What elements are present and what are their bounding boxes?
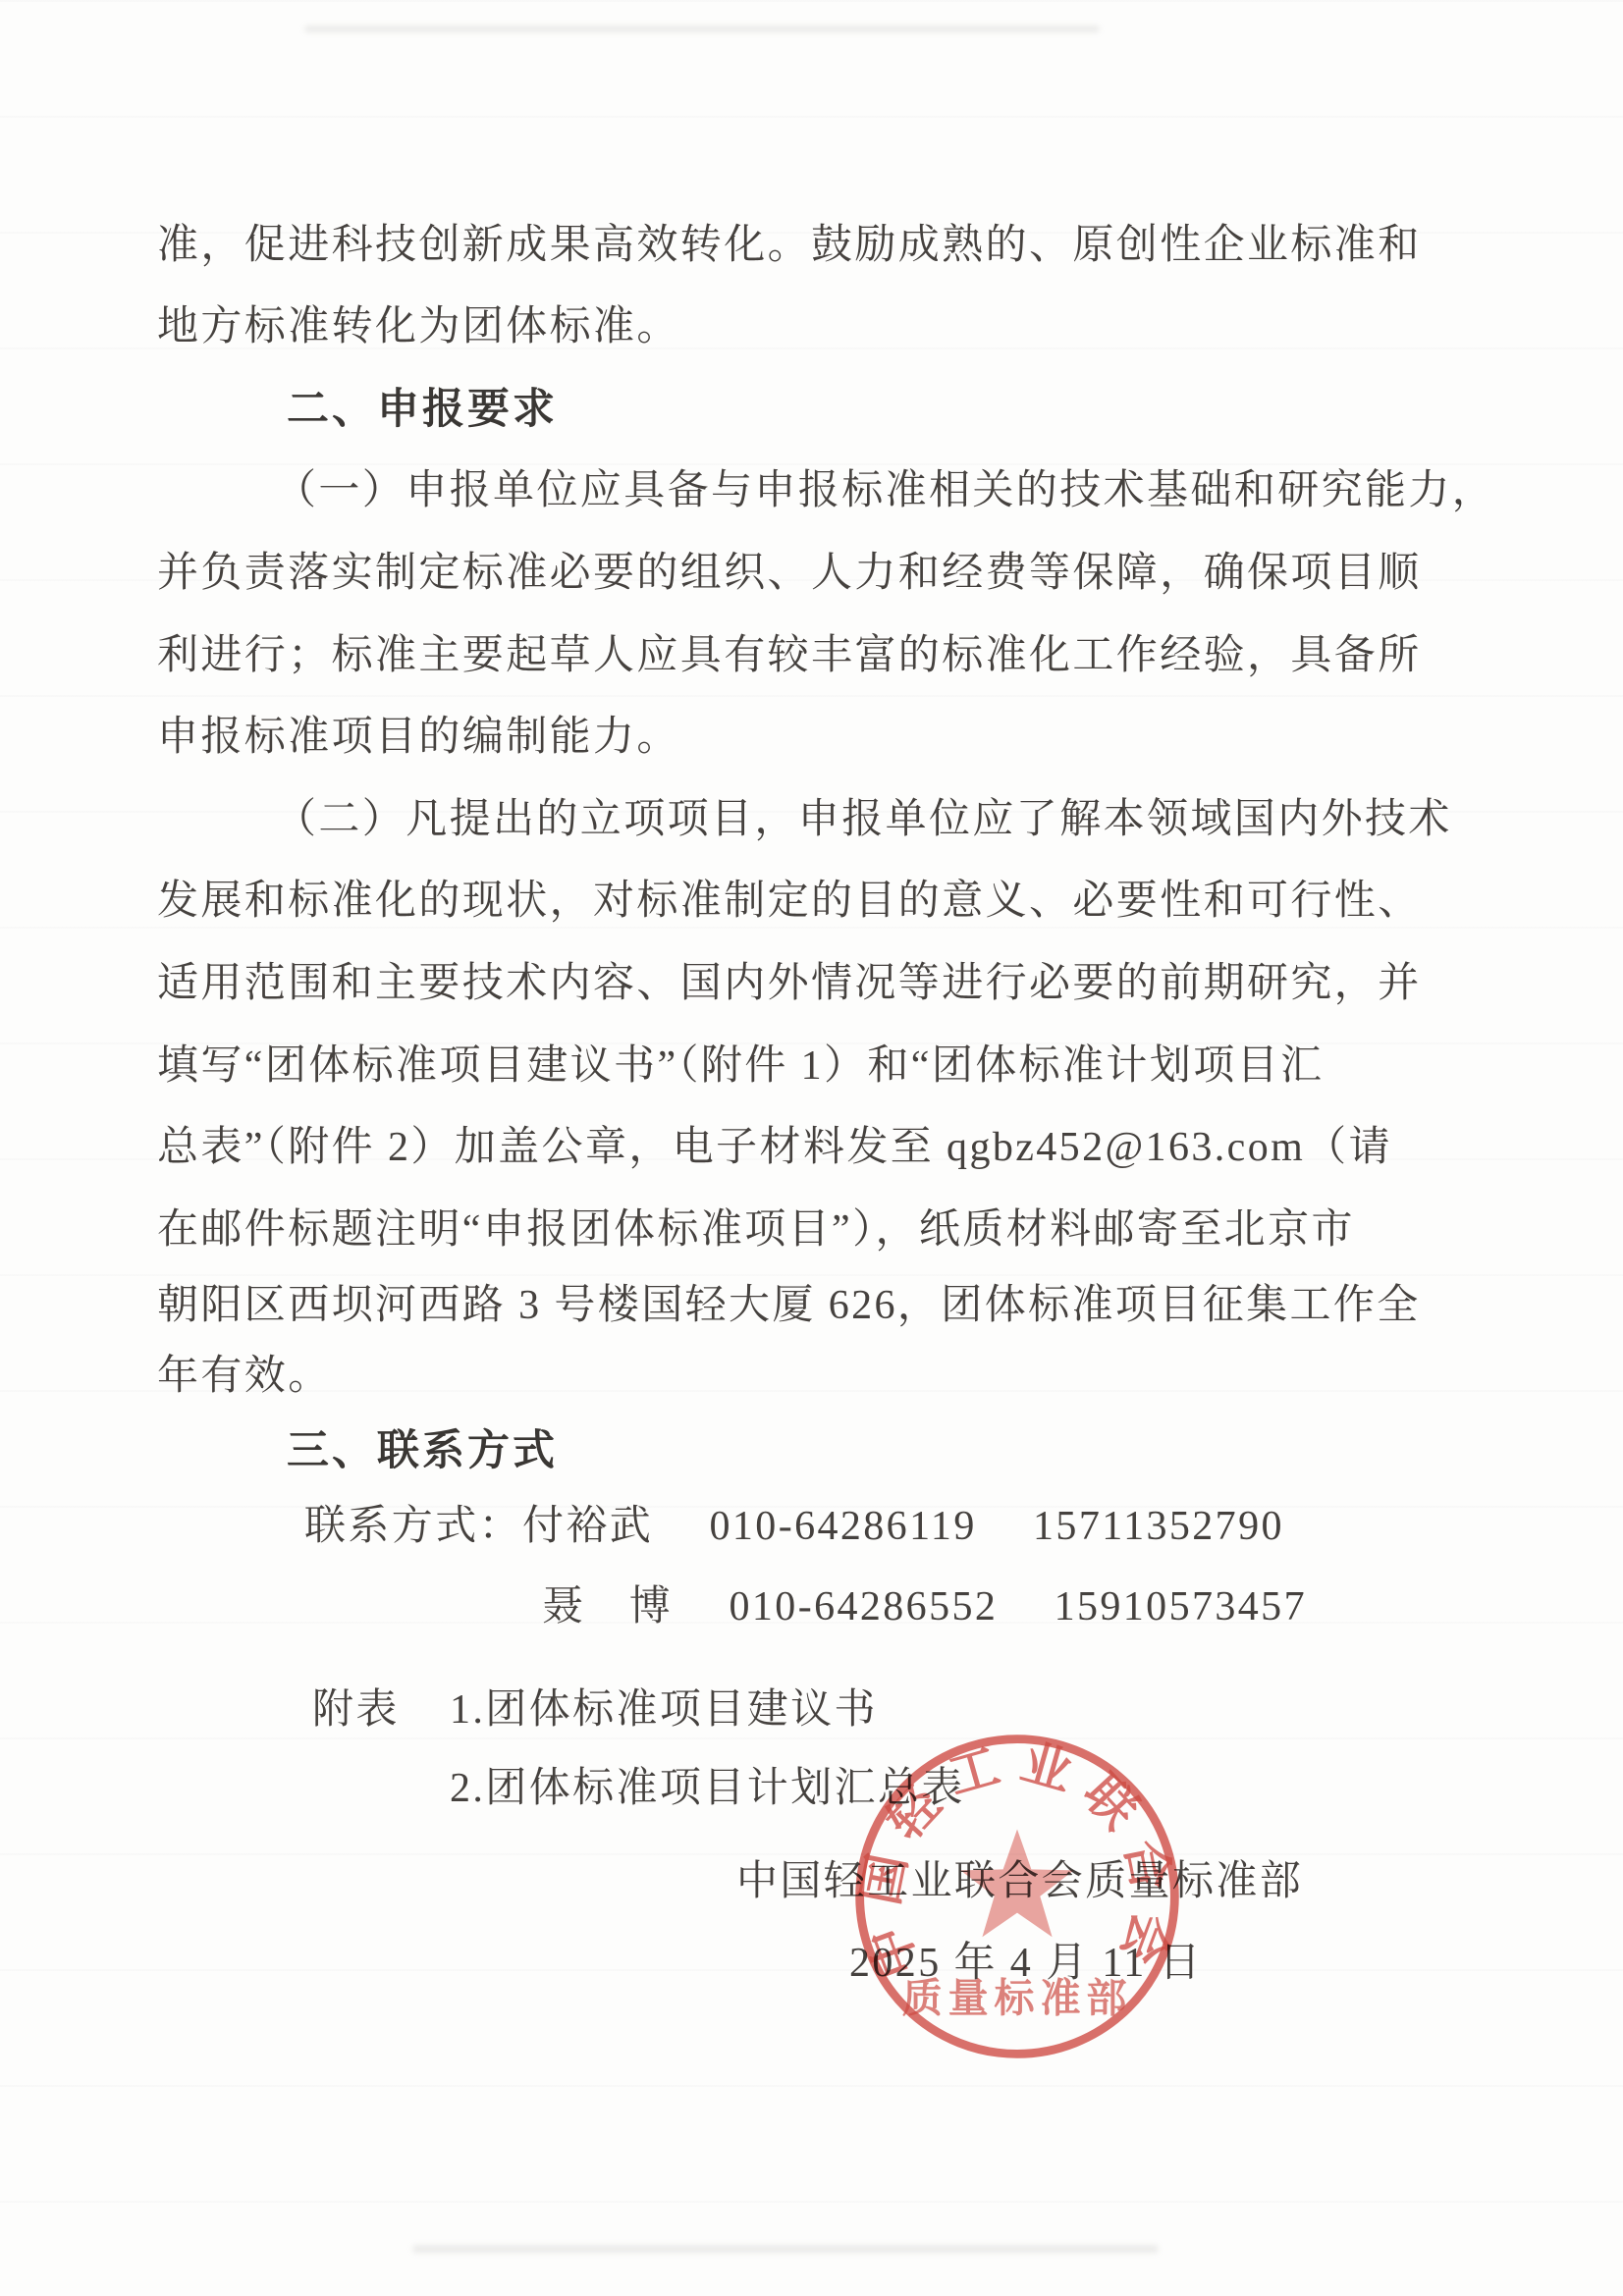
attachments-label: 附表: [312, 1681, 400, 1739]
scan-smudge-top: [304, 26, 1100, 32]
body-line: 在邮件标题注明“申报团体标准项目”），纸质材料邮寄至北京市: [157, 1201, 1355, 1259]
body-line: 利进行；标准主要起草人应具有较丰富的标准化工作经验，具备所: [157, 626, 1422, 685]
section-heading-requirements: 二、申报要求: [287, 380, 558, 439]
body-line: （一）申报单位应具备与申报标准相关的技术基础和研究能力，: [275, 461, 1495, 520]
body-line: 并负责落实制定标准必要的组织、人力和经费等保障，确保项目顺: [157, 544, 1422, 603]
official-seal-stamp: 中国轻工业联合会 质量标准部: [844, 1724, 1190, 2069]
section-heading-contact: 三、联系方式: [287, 1421, 558, 1480]
body-line: 填写“团体标准项目建议书”（附件 1）和“团体标准计划项目汇: [157, 1037, 1324, 1095]
stamp-bottom-text: 质量标准部: [902, 1975, 1133, 2020]
scanned-document-page: 准，促进科技创新成果高效转化。鼓励成熟的、原创性企业标准和 地方标准转化为团体标…: [0, 0, 1623, 2296]
body-line: 申报标准项目的编制能力。: [157, 708, 680, 767]
contact-line-1: 联系方式：付裕武 010-64286119 15711352790: [304, 1497, 1284, 1556]
body-line: 地方标准转化为团体标准。: [157, 297, 680, 356]
attachment-item-1: 1.团体标准项目建议书: [450, 1681, 878, 1739]
body-line: 年有效。: [157, 1347, 332, 1406]
body-line: 准，促进科技创新成果高效转化。鼓励成熟的、原创性企业标准和: [157, 216, 1422, 275]
body-line: （二）凡提出的立项项目，申报单位应了解本领域国内外技术: [275, 790, 1452, 849]
body-line: 朝阳区西坝河西路 3 号楼国轻大厦 626，团体标准项目征集工作全: [157, 1276, 1421, 1335]
stamp-star-icon: [960, 1830, 1073, 1938]
body-line: 总表”（附件 2）加盖公章，电子材料发至 qgbz452@163.com（请: [157, 1118, 1392, 1177]
scan-smudge-bottom: [412, 2245, 1159, 2253]
body-line: 发展和标准化的现状，对标准制定的目的意义、必要性和可行性、: [157, 872, 1422, 931]
contact-line-2: 聂 博 010-64286552 15910573457: [542, 1577, 1307, 1636]
body-line: 适用范围和主要技术内容、国内外情况等进行必要的前期研究，并: [157, 954, 1422, 1013]
